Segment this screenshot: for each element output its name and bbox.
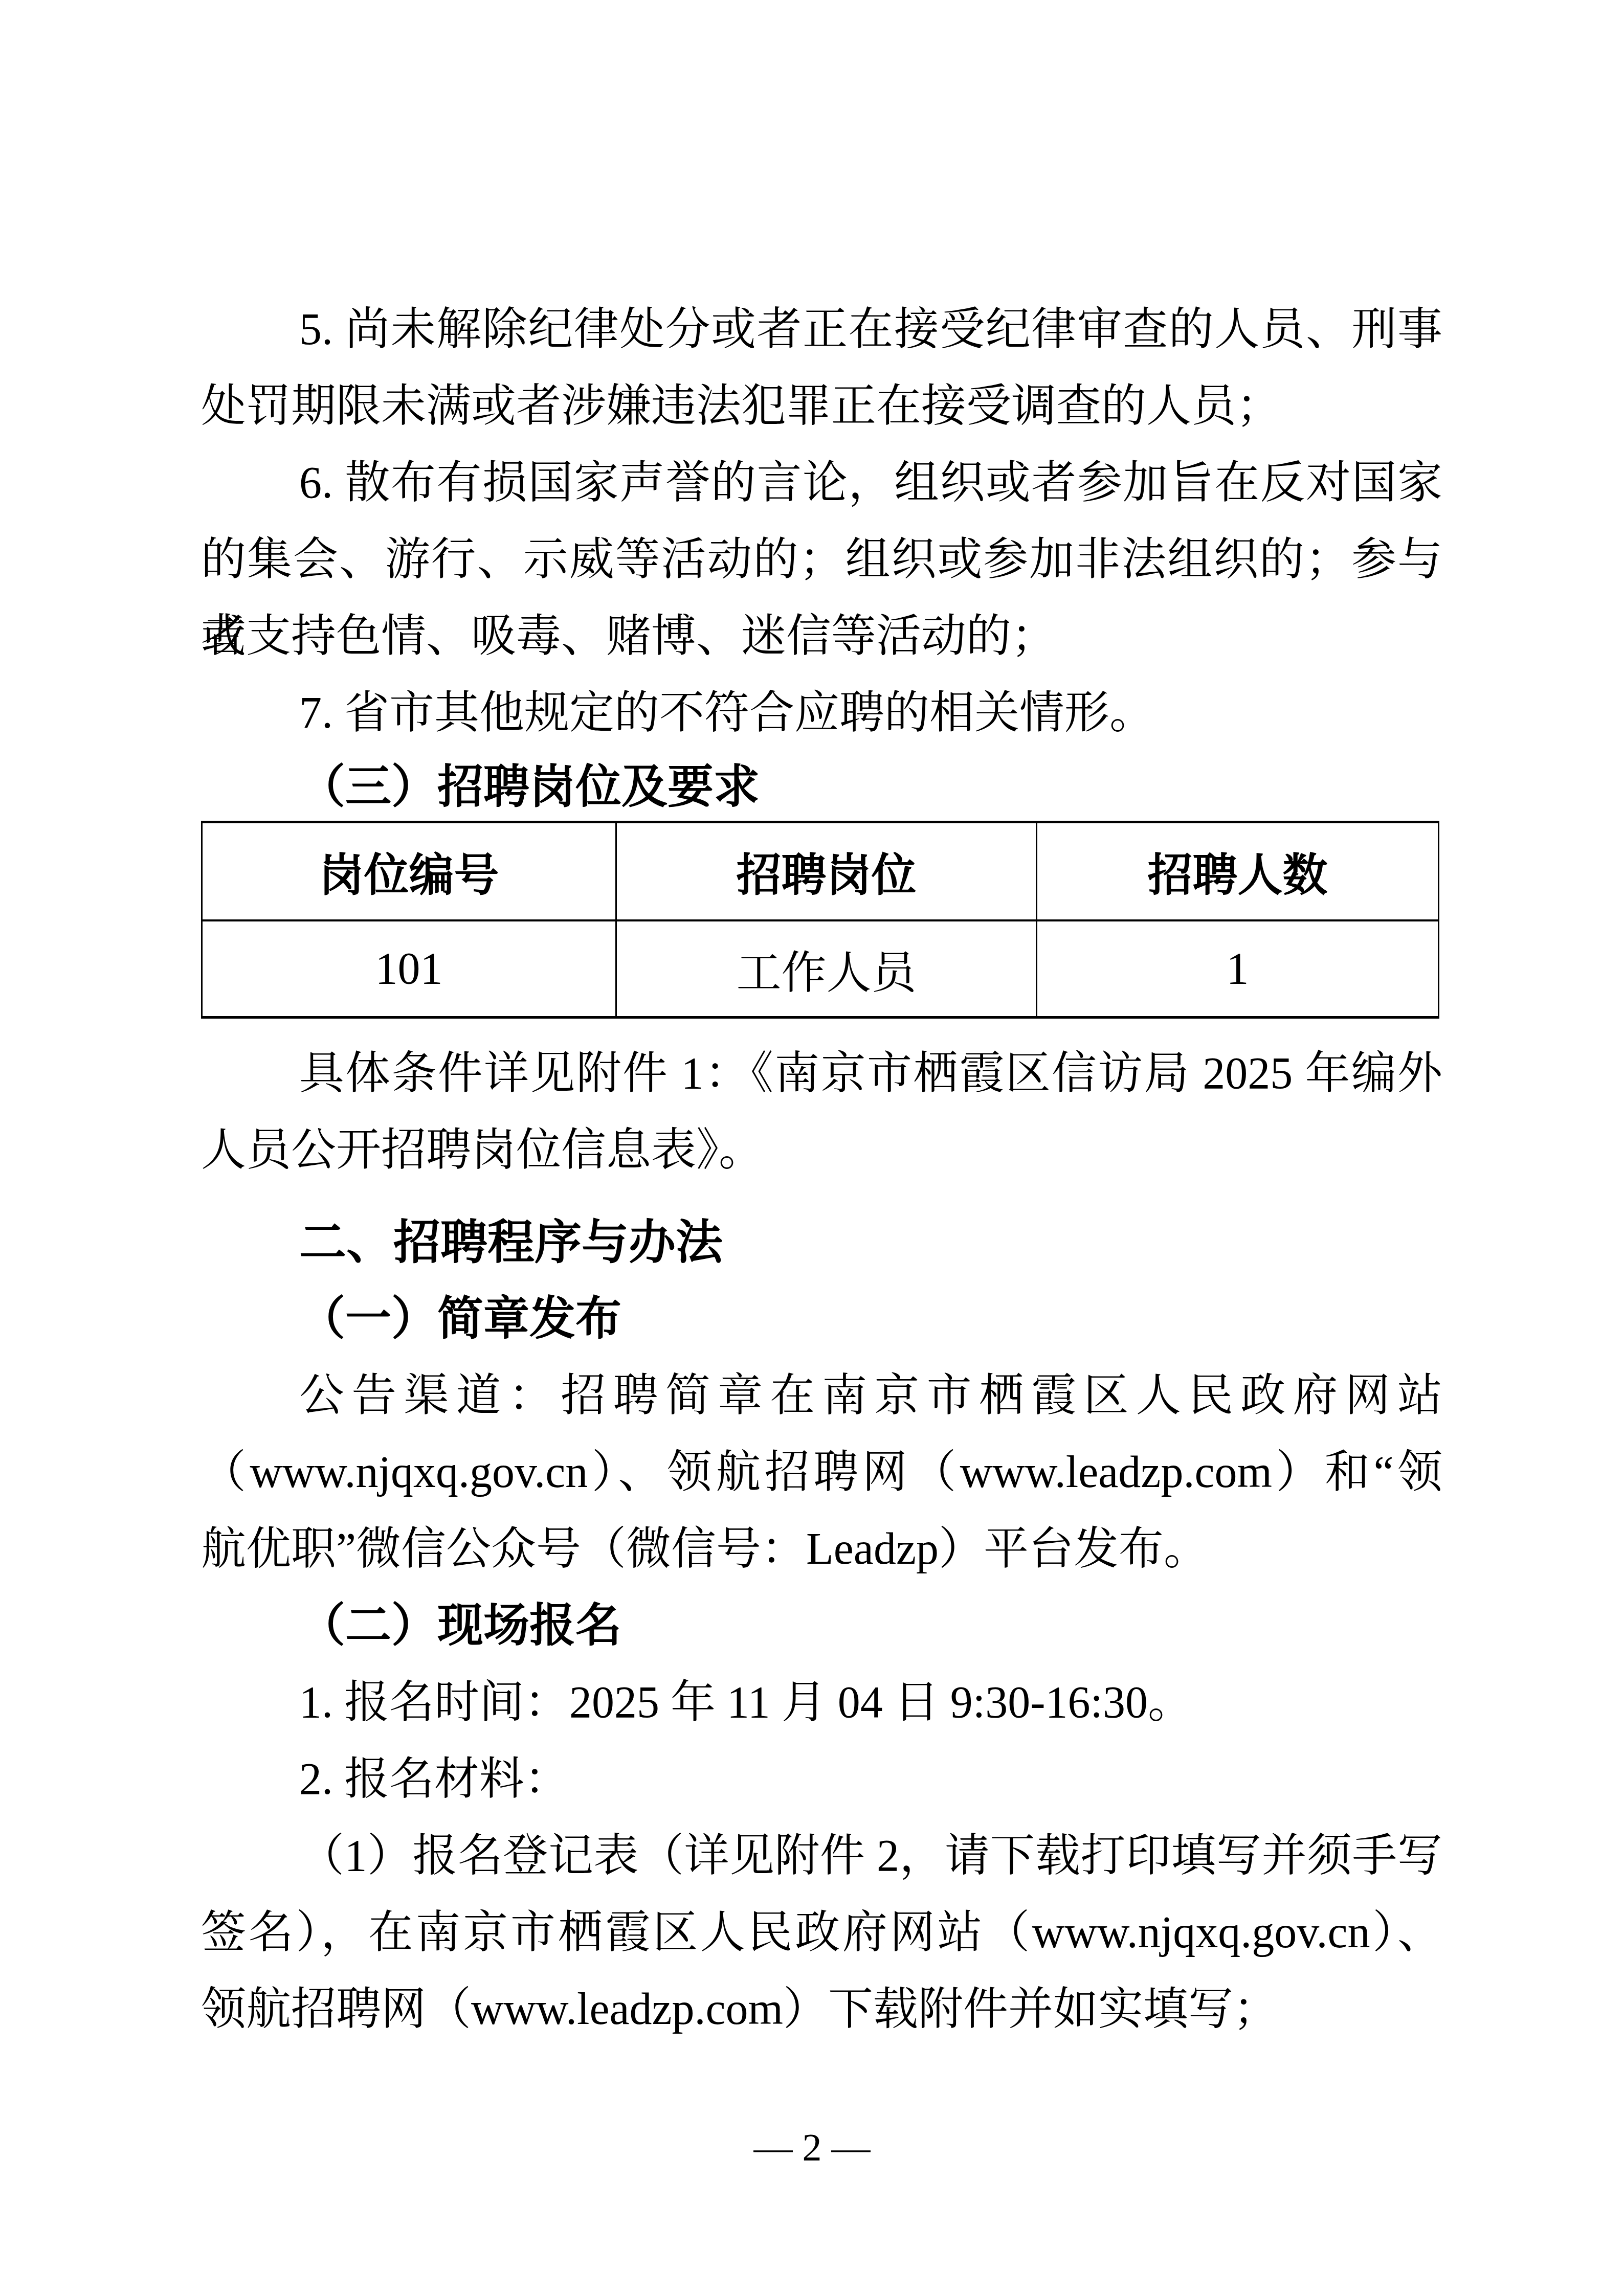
table-header-row: 岗位编号 招聘岗位 招聘人数 [202,822,1439,921]
table-cell-position-code: 101 [202,920,616,1018]
body-line: 航优职”微信公众号（微信号：Leadzp）平台发布。 [201,1511,1442,1588]
body-line: 7. 省市其他规定的不符合应聘的相关情形。 [201,675,1442,752]
subsection-heading-announcement: （一）简章发布 [201,1281,1442,1358]
body-line: 签名），在南京市栖霞区人民政府网站（www.njqxq.gov.cn）、 [201,1895,1442,1971]
job-positions-table: 岗位编号 招聘岗位 招聘人数 101 工作人员 1 [201,821,1439,1019]
body-line: 者支持色情、吸毒、赌博、迷信等活动的； [201,598,1442,675]
table-row: 101 工作人员 1 [202,920,1439,1018]
body-line: （1）报名登记表（详见附件 2，请下载打印填写并须手写 [201,1818,1442,1895]
body-line: （www.njqxq.gov.cn）、领航招聘网（www.leadzp.com）… [201,1434,1442,1511]
body-line: 5. 尚未解除纪律处分或者正在接受纪律审查的人员、刑事 [201,291,1442,368]
subsection-heading-registration: （二）现场报名 [201,1588,1442,1664]
body-line: 2. 报名材料： [201,1741,1442,1818]
table-header-cell: 招聘人数 [1037,822,1439,921]
section-heading-procedure: 二、招聘程序与办法 [201,1204,1442,1281]
table-cell-headcount: 1 [1037,920,1439,1018]
table-cell-position-name: 工作人员 [616,920,1037,1018]
section-heading-positions: （三）招聘岗位及要求 [201,749,1442,826]
body-line: 1. 报名时间：2025 年 11 月 04 日 9:30-16:30。 [201,1664,1442,1741]
body-line: 6. 散布有损国家声誉的言论，组织或者参加旨在反对国家 [201,445,1442,522]
body-line: 领航招聘网（www.leadzp.com）下载附件并如实填写； [201,1971,1442,2048]
body-line: 人员公开招聘岗位信息表》。 [201,1112,1442,1189]
table-header-cell: 招聘岗位 [616,822,1037,921]
body-line: 公告渠道：招聘简章在南京市栖霞区人民政府网站 [201,1358,1442,1434]
body-line: 的集会、游行、示威等活动的；组织或参加非法组织的；参与或 [201,522,1442,598]
document-page: 5. 尚未解除纪律处分或者正在接受纪律审查的人员、刑事 处罚期限未满或者涉嫌违法… [0,0,1624,2296]
body-line: 处罚期限未满或者涉嫌违法犯罪正在接受调查的人员； [201,368,1442,445]
body-line: 具体条件详见附件 1：《南京市栖霞区信访局 2025 年编外 [201,1036,1442,1112]
page-number: — 2 — [0,2120,1624,2176]
table-header-cell: 岗位编号 [202,822,616,921]
